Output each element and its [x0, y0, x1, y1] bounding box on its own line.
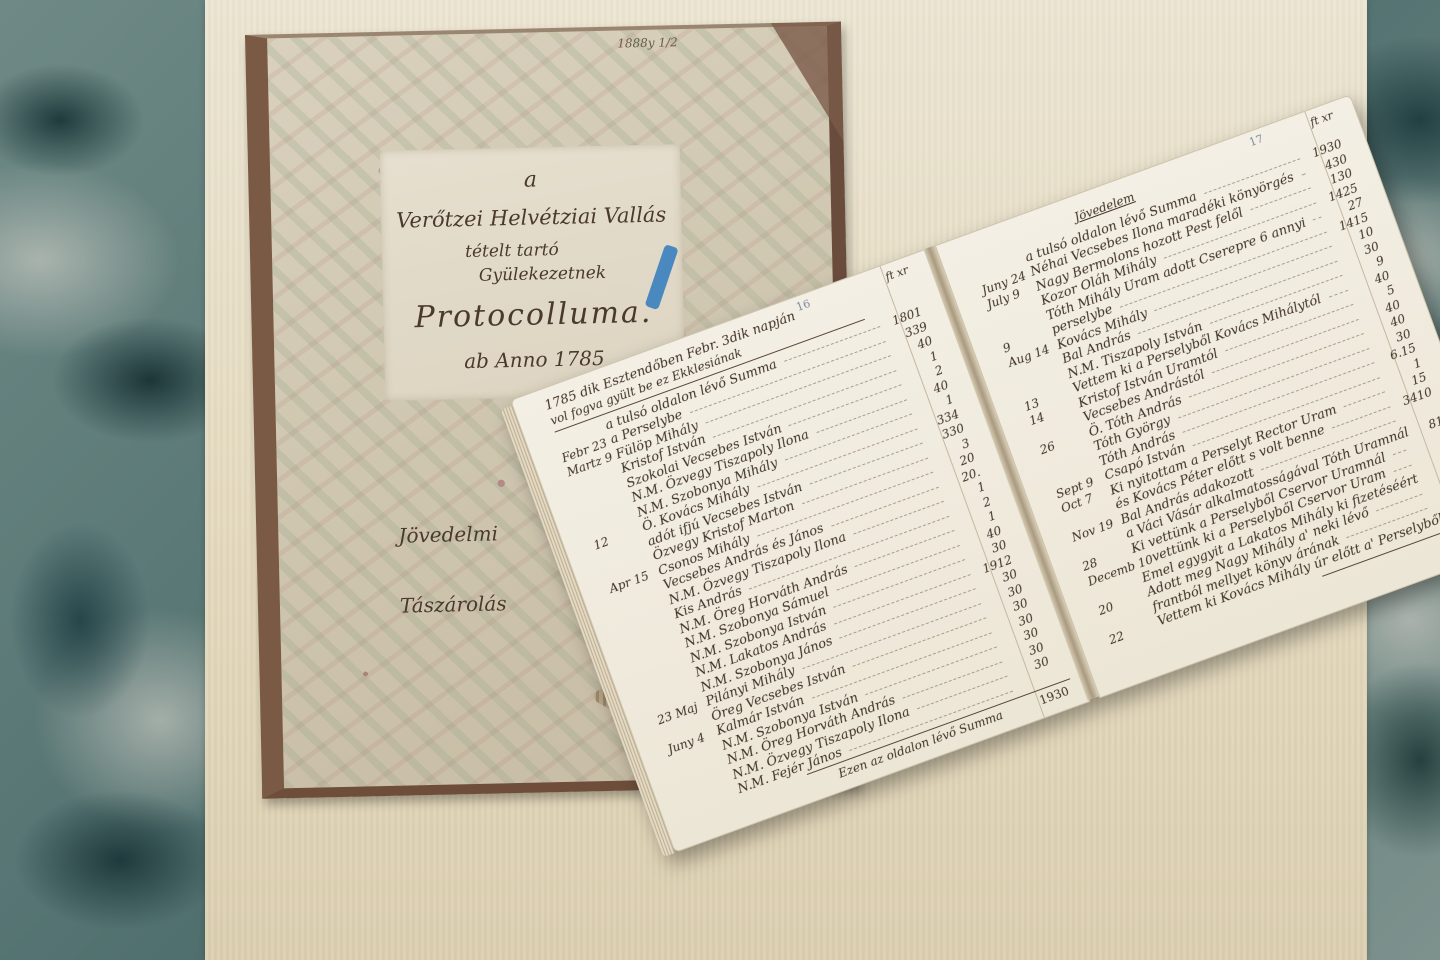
top-corner-note: 1888y 1/2 — [617, 35, 678, 50]
ledger-dash — [1328, 288, 1348, 297]
ledger-dash — [1313, 216, 1322, 221]
right-page-number: 17 — [1247, 132, 1265, 149]
right-currency-header: ft xr — [1308, 109, 1334, 129]
ledger-dash — [1393, 449, 1407, 456]
ledger-amount — [1419, 449, 1440, 461]
open-notebook-area: 16 ft xr 1785 dik Esztendőben Febr. 3dik… — [470, 60, 1430, 940]
left-page-number: 16 — [795, 297, 813, 314]
ledger-dash — [1393, 463, 1412, 471]
ledger-amount — [1413, 434, 1440, 446]
open-notebook: 16 ft xr 1785 dik Esztendőben Febr. 3dik… — [510, 92, 1440, 851]
ledger-dash — [1416, 428, 1417, 430]
ledger-dash — [1425, 475, 1426, 477]
ledger-dash — [1301, 172, 1306, 175]
left-currency-header: ft xr — [884, 263, 910, 283]
